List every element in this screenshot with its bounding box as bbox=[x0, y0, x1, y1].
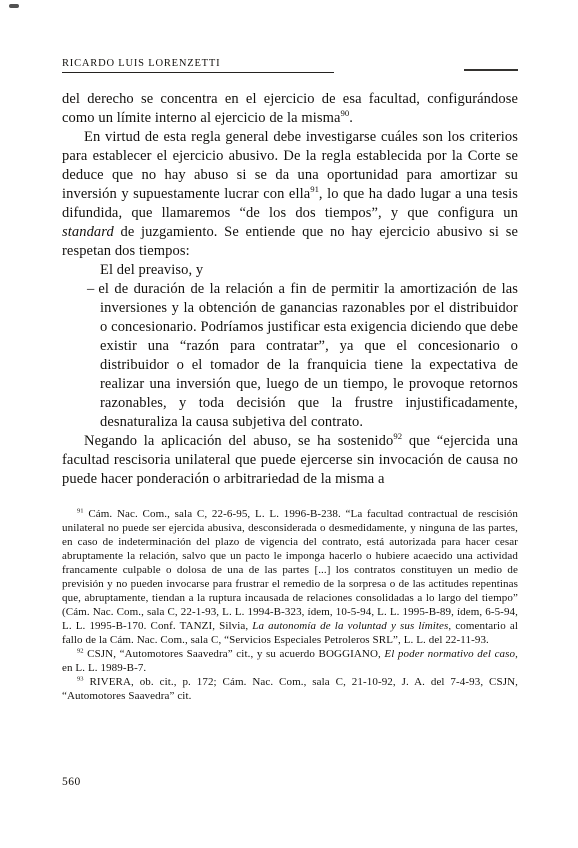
footnote-text: CSJN, “Automotores Saavedra” cit., y su … bbox=[84, 648, 385, 660]
footnote-ref-90: 90 bbox=[341, 108, 350, 118]
footnote-text: RIVERA, ob. cit., p. 172; Cám. Nac. Com.… bbox=[62, 676, 518, 702]
list-item-text: el de duración de la relación a fin de p… bbox=[98, 281, 518, 430]
paragraph-text: . bbox=[349, 110, 353, 126]
footnote-92: 92 CSJN, “Automotores Saavedra” cit., y … bbox=[62, 647, 518, 675]
footnote-italic-title: La autonomía de la voluntad y sus límite… bbox=[252, 620, 448, 632]
book-page: RICARDO LUIS LORENZETTI del derecho se c… bbox=[0, 0, 578, 848]
footnote-ref-92: 92 bbox=[393, 431, 402, 441]
paragraph-text: Negando la aplicación del abuso, se ha s… bbox=[84, 433, 393, 449]
list-item-text: El del preaviso, y bbox=[100, 262, 203, 278]
paragraph-text: del derecho se concentra en el ejercicio… bbox=[62, 91, 518, 126]
page-number: 560 bbox=[62, 776, 81, 788]
footnotes-block: 91 Cám. Nac. Com., sala C, 22-6-95, L. L… bbox=[62, 507, 518, 703]
scan-artifact bbox=[9, 4, 19, 8]
paragraph-continuation: del derecho se concentra en el ejercicio… bbox=[62, 90, 518, 128]
footnote-text: Cám. Nac. Com., sala C, 22-6-95, L. L. 1… bbox=[62, 508, 518, 632]
footnote-number: 93 bbox=[77, 675, 84, 682]
body-text: del derecho se concentra en el ejercicio… bbox=[62, 90, 518, 489]
list-dash: – bbox=[87, 281, 94, 297]
header-rule-right bbox=[464, 68, 518, 71]
footnote-number: 91 bbox=[77, 507, 84, 514]
footnote-number: 92 bbox=[77, 647, 84, 654]
list-item-duracion: –el de duración de la relación a fin de … bbox=[62, 280, 518, 432]
page-header: RICARDO LUIS LORENZETTI bbox=[62, 58, 518, 73]
list-item-preaviso: El del preaviso, y bbox=[100, 261, 518, 280]
paragraph: Negando la aplicación del abuso, se ha s… bbox=[62, 432, 518, 489]
paragraph: En virtud de esta regla general debe inv… bbox=[62, 128, 518, 261]
footnote-ref-91: 91 bbox=[310, 184, 319, 194]
footnote-91: 91 Cám. Nac. Com., sala C, 22-6-95, L. L… bbox=[62, 507, 518, 647]
running-title: RICARDO LUIS LORENZETTI bbox=[62, 58, 334, 73]
italic-term: standard bbox=[62, 224, 114, 240]
footnote-93: 93 RIVERA, ob. cit., p. 172; Cám. Nac. C… bbox=[62, 675, 518, 703]
footnote-italic-title: El poder normativo del caso bbox=[384, 648, 515, 660]
paragraph-text: de juzgamiento. Se entiende que no hay e… bbox=[62, 224, 518, 259]
